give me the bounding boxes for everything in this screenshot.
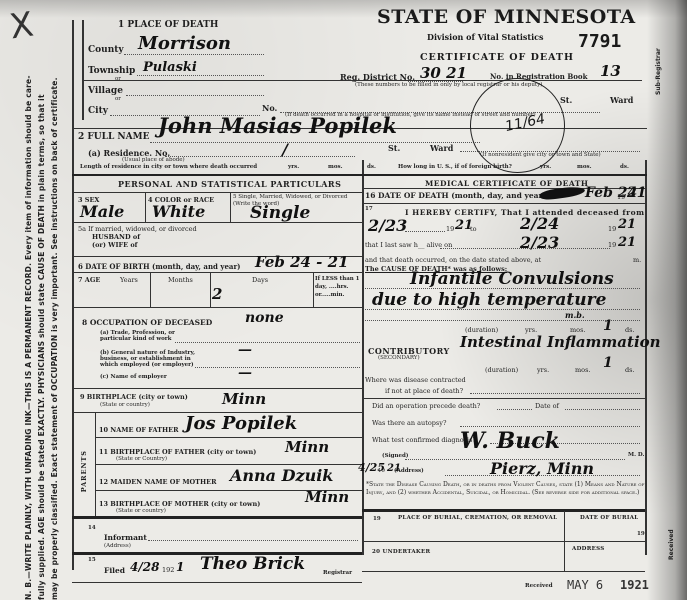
city-label: City: [88, 106, 108, 116]
birthplace-value: Minn: [222, 390, 266, 408]
attended-to-value: 2/24: [520, 214, 559, 233]
place-of-death-title: 1 PLACE OF DEATH: [118, 20, 218, 30]
operation-date-label: Date of: [535, 402, 559, 410]
father-name-value: Jos Popilek: [185, 413, 297, 434]
received-side-label: Received: [668, 520, 675, 560]
contributory-sublabel: (SECONDARY): [378, 355, 420, 361]
if-not-place-line: [470, 393, 640, 394]
foreign-mos: mos.: [577, 164, 592, 170]
mother-birthplace-sublabel: (State or country): [116, 508, 166, 514]
contrib-yrs: yrs.: [537, 366, 549, 374]
last-saw-value: 2/23: [520, 233, 559, 252]
dob-value: Feb 24 - 21: [255, 253, 349, 271]
occupation-c-value: —: [238, 365, 252, 381]
contributory-value: Intestinal Inflammation: [460, 333, 661, 351]
spouse-husband-label: HUSBAND of: [92, 233, 140, 241]
township-divider: [82, 80, 642, 81]
or-label-1: or: [115, 76, 121, 82]
scan-shadow-right: [647, 0, 687, 600]
residence-sublabel: (Usual place of abode): [122, 157, 185, 163]
burial-row-divider: [362, 541, 645, 542]
state-title: STATE OF MINNESOTA: [377, 6, 636, 28]
cause-line-1-rule: [365, 288, 640, 289]
age-years-divider: [150, 272, 151, 307]
division-title: Division of Vital Statistics: [427, 32, 544, 42]
contrib-mos: mos.: [575, 366, 590, 374]
received-date: MAY 6: [567, 578, 603, 592]
date-of-death-label: 16 DATE OF DEATH (month, day, and year): [365, 191, 546, 200]
city-no-label: No.: [262, 103, 277, 113]
foreign-ds: ds.: [620, 164, 629, 170]
sex-value: Male: [80, 202, 124, 221]
cause-line-3: m.b.: [565, 310, 585, 320]
form-inner-left-border: [82, 20, 84, 120]
residence-value: /: [282, 140, 288, 159]
color-value: White: [152, 202, 205, 221]
last-saw-year: 21: [618, 235, 636, 250]
mother-birthplace-value: Minn: [305, 488, 349, 506]
occupation-c-label: (c) Name of employer: [100, 374, 167, 380]
township-value: Pulaski: [143, 60, 197, 75]
if-not-place-label: if not at place of death?: [385, 387, 463, 395]
county-label: County: [88, 45, 124, 55]
age-years-label: Years: [120, 276, 138, 284]
registrar-label: Registrar: [323, 570, 352, 576]
burial-date-year-prefix: 19: [637, 531, 645, 537]
color-marital-divider: [230, 192, 231, 222]
age-row-divider: [72, 307, 362, 308]
filed-label: Filed: [104, 566, 125, 575]
attended-from-value: 2/23: [368, 216, 407, 235]
burial-top-divider: [362, 509, 645, 512]
attended-to-label: to: [470, 225, 477, 233]
village-line: [126, 95, 264, 96]
address-year-prefix: 19: [378, 468, 385, 474]
full-name-value: John Masias Popilek: [158, 113, 397, 138]
filed-year-prefix: 192: [162, 566, 174, 574]
mother-name-value: Anna Dzuik: [230, 466, 333, 485]
father-bp-row-divider: [95, 464, 362, 465]
parents-bottom-divider: [72, 516, 362, 519]
age-days-label: Days: [252, 276, 268, 284]
undertaker-bottom-divider: [362, 571, 645, 572]
autopsy-label: Was there an autopsy?: [372, 419, 446, 427]
undertaker-address-label: ADDRESS: [572, 546, 605, 552]
residence-st-label: St.: [388, 143, 400, 153]
cause-line-1: Infantile Convulsions: [410, 269, 614, 289]
death-certificate-scan: X N. B.—WRITE PLAINLY, WITH UNFADING INK…: [0, 0, 687, 600]
parents-side-label: PARENTS: [80, 450, 88, 492]
spouse-wife-label: (or) WIFE of: [92, 241, 137, 249]
occupation-a-label: (a) Trade, Profession, or particular kin…: [100, 330, 195, 342]
cause-line-2-rule: [365, 309, 640, 310]
length-ds: ds.: [367, 164, 376, 170]
mother-birthplace-label: 13 BIRTHPLACE OF MOTHER (city or town): [99, 500, 260, 508]
township-line: [137, 75, 264, 76]
spouse-label: 5a If married, widowed, or divorced: [78, 225, 197, 233]
operation-label: Did an operation precede death?: [372, 402, 480, 410]
received-year: 1921: [620, 578, 649, 592]
certify-num: 17: [365, 206, 373, 212]
length-mos: mos.: [328, 164, 343, 170]
death-occurred-text: and that death occurred, on the date sta…: [365, 256, 541, 264]
dod-row-divider: [362, 203, 645, 204]
attended-to-year-prefix: 19: [608, 225, 616, 233]
city-st-label: St.: [560, 95, 572, 105]
form-left-border: [72, 20, 74, 570]
registrar-signature: Theo Brick: [200, 554, 305, 574]
birthplace-sublabel: (State or country): [100, 402, 150, 408]
cause-line-3-rule: [365, 320, 640, 321]
informant-label: Informant: [104, 533, 147, 542]
reg-book-value: 13: [600, 62, 621, 80]
length-residence-label: Length of residence in city or town wher…: [80, 164, 257, 170]
physician-address-value: Pierz, Minn: [490, 459, 594, 478]
burial-place-label: PLACE OF BURIAL, CREMATION, OR REMOVAL: [398, 515, 557, 521]
or-label-2: or: [115, 96, 121, 102]
cause-footnote: *State the Disease Causing Death, or in …: [366, 481, 646, 497]
filed-bottom-divider: [72, 582, 362, 583]
father-birthplace-value: Minn: [285, 438, 329, 456]
occupation-row-divider: [72, 388, 362, 389]
age-months-label: Months: [168, 276, 193, 284]
dob-row-divider: [72, 272, 362, 273]
autopsy-line: [460, 426, 640, 427]
contracted-divider: [362, 398, 645, 399]
where-contracted-label: Where was disease contracted: [365, 376, 466, 384]
mother-name-label: 12 MAIDEN NAME OF MOTHER: [99, 478, 217, 486]
document-title: CERTIFICATE OF DEATH: [420, 52, 574, 63]
attended-from-year-prefix: 19: [446, 225, 454, 233]
physician-address-label: (Address): [394, 468, 424, 474]
sex-color-divider: [145, 192, 146, 222]
village-label: Village: [88, 86, 123, 96]
age-less-than-label: If LESS than 1 day, ....hrs. or.....min.: [315, 275, 360, 299]
operation-line: [497, 409, 532, 410]
death-occurred-m: m.: [633, 256, 641, 264]
full-name-label: 2 FULL NAME: [78, 132, 149, 142]
duration-days-value: 1: [603, 318, 613, 334]
occupation-b-value: —: [238, 342, 252, 358]
filed-year-value: 1: [176, 560, 184, 574]
contrib-days-value: 1: [603, 355, 613, 371]
filed-date-value: 4/28: [130, 560, 159, 574]
occupation-a-line: [175, 342, 360, 343]
father-name-label: 10 NAME OF FATHER: [99, 426, 179, 434]
filed-num: 15: [88, 557, 96, 563]
burial-date-label: DATE OF BURIAL: [580, 515, 638, 521]
residence-ward-label: Ward: [430, 143, 453, 153]
length-yrs: yrs.: [288, 164, 299, 170]
medical-section-title: MEDICAL CERTIFICATE OF DEATH: [425, 179, 588, 188]
margin-line-3: may be properly classified. Exact statem…: [48, 150, 62, 600]
birthplace-label: 9 BIRTHPLACE (city or town): [80, 393, 188, 401]
age-label: 7 AGE: [78, 276, 100, 284]
physician-signature: W. Buck: [460, 428, 560, 454]
received-label: Received: [525, 583, 553, 589]
personal-section-title: PERSONAL AND STATISTICAL PARTICULARS: [118, 179, 341, 189]
contrib-duration-label: (duration): [485, 366, 518, 374]
occupation-a-value: none: [245, 310, 284, 326]
cause-line-2: due to high temperature: [372, 290, 606, 310]
dob-label: 6 DATE OF BIRTH (month, day, and year): [78, 262, 240, 271]
certificate-number: 7791: [578, 31, 621, 52]
age-months-value: 2: [212, 285, 222, 303]
date-of-death-year-prefix: 19: [617, 193, 625, 201]
occupation-label: 8 OCCUPATION OF DECEASED: [82, 318, 212, 327]
attended-to-year: 21: [618, 217, 636, 232]
age-days-divider: [313, 272, 314, 307]
residence-line: [165, 156, 355, 157]
informant-line: [148, 540, 358, 541]
date-of-death-year: 21: [627, 185, 646, 201]
father-birthplace-label: 11 BIRTHPLACE OF FATHER (city or town): [99, 448, 256, 456]
occupation-b-line: [195, 367, 360, 368]
county-line: [124, 54, 264, 55]
township-label: Township: [88, 66, 135, 76]
undertaker-label: 20 UNDERTAKER: [372, 549, 430, 555]
contrib-ds: ds.: [625, 366, 635, 374]
personal-title-divider: [72, 192, 362, 193]
informant-num: 14: [88, 525, 96, 531]
father-birthplace-sublabel: (State or Country): [116, 456, 167, 462]
informant-sublabel: (Address): [104, 543, 131, 549]
sex-row-divider: [72, 222, 362, 223]
form-center-divider: [362, 160, 364, 555]
occupation-b-label: (b) General nature of Industry, business…: [100, 350, 210, 368]
county-value: Morrison: [138, 33, 231, 54]
last-saw-year-prefix: 19: [608, 241, 616, 249]
md-label: M. D.: [628, 452, 644, 458]
age-months-divider: [210, 272, 211, 307]
marital-value: Single: [250, 203, 310, 223]
sub-registrar-label: Sub-Registrar: [655, 20, 662, 95]
operation-date-line: [565, 409, 640, 410]
city-ward-label: Ward: [610, 95, 633, 105]
section-divider-top: [72, 174, 647, 176]
burial-num: 19: [373, 516, 381, 522]
attended-from-line: [405, 231, 445, 232]
